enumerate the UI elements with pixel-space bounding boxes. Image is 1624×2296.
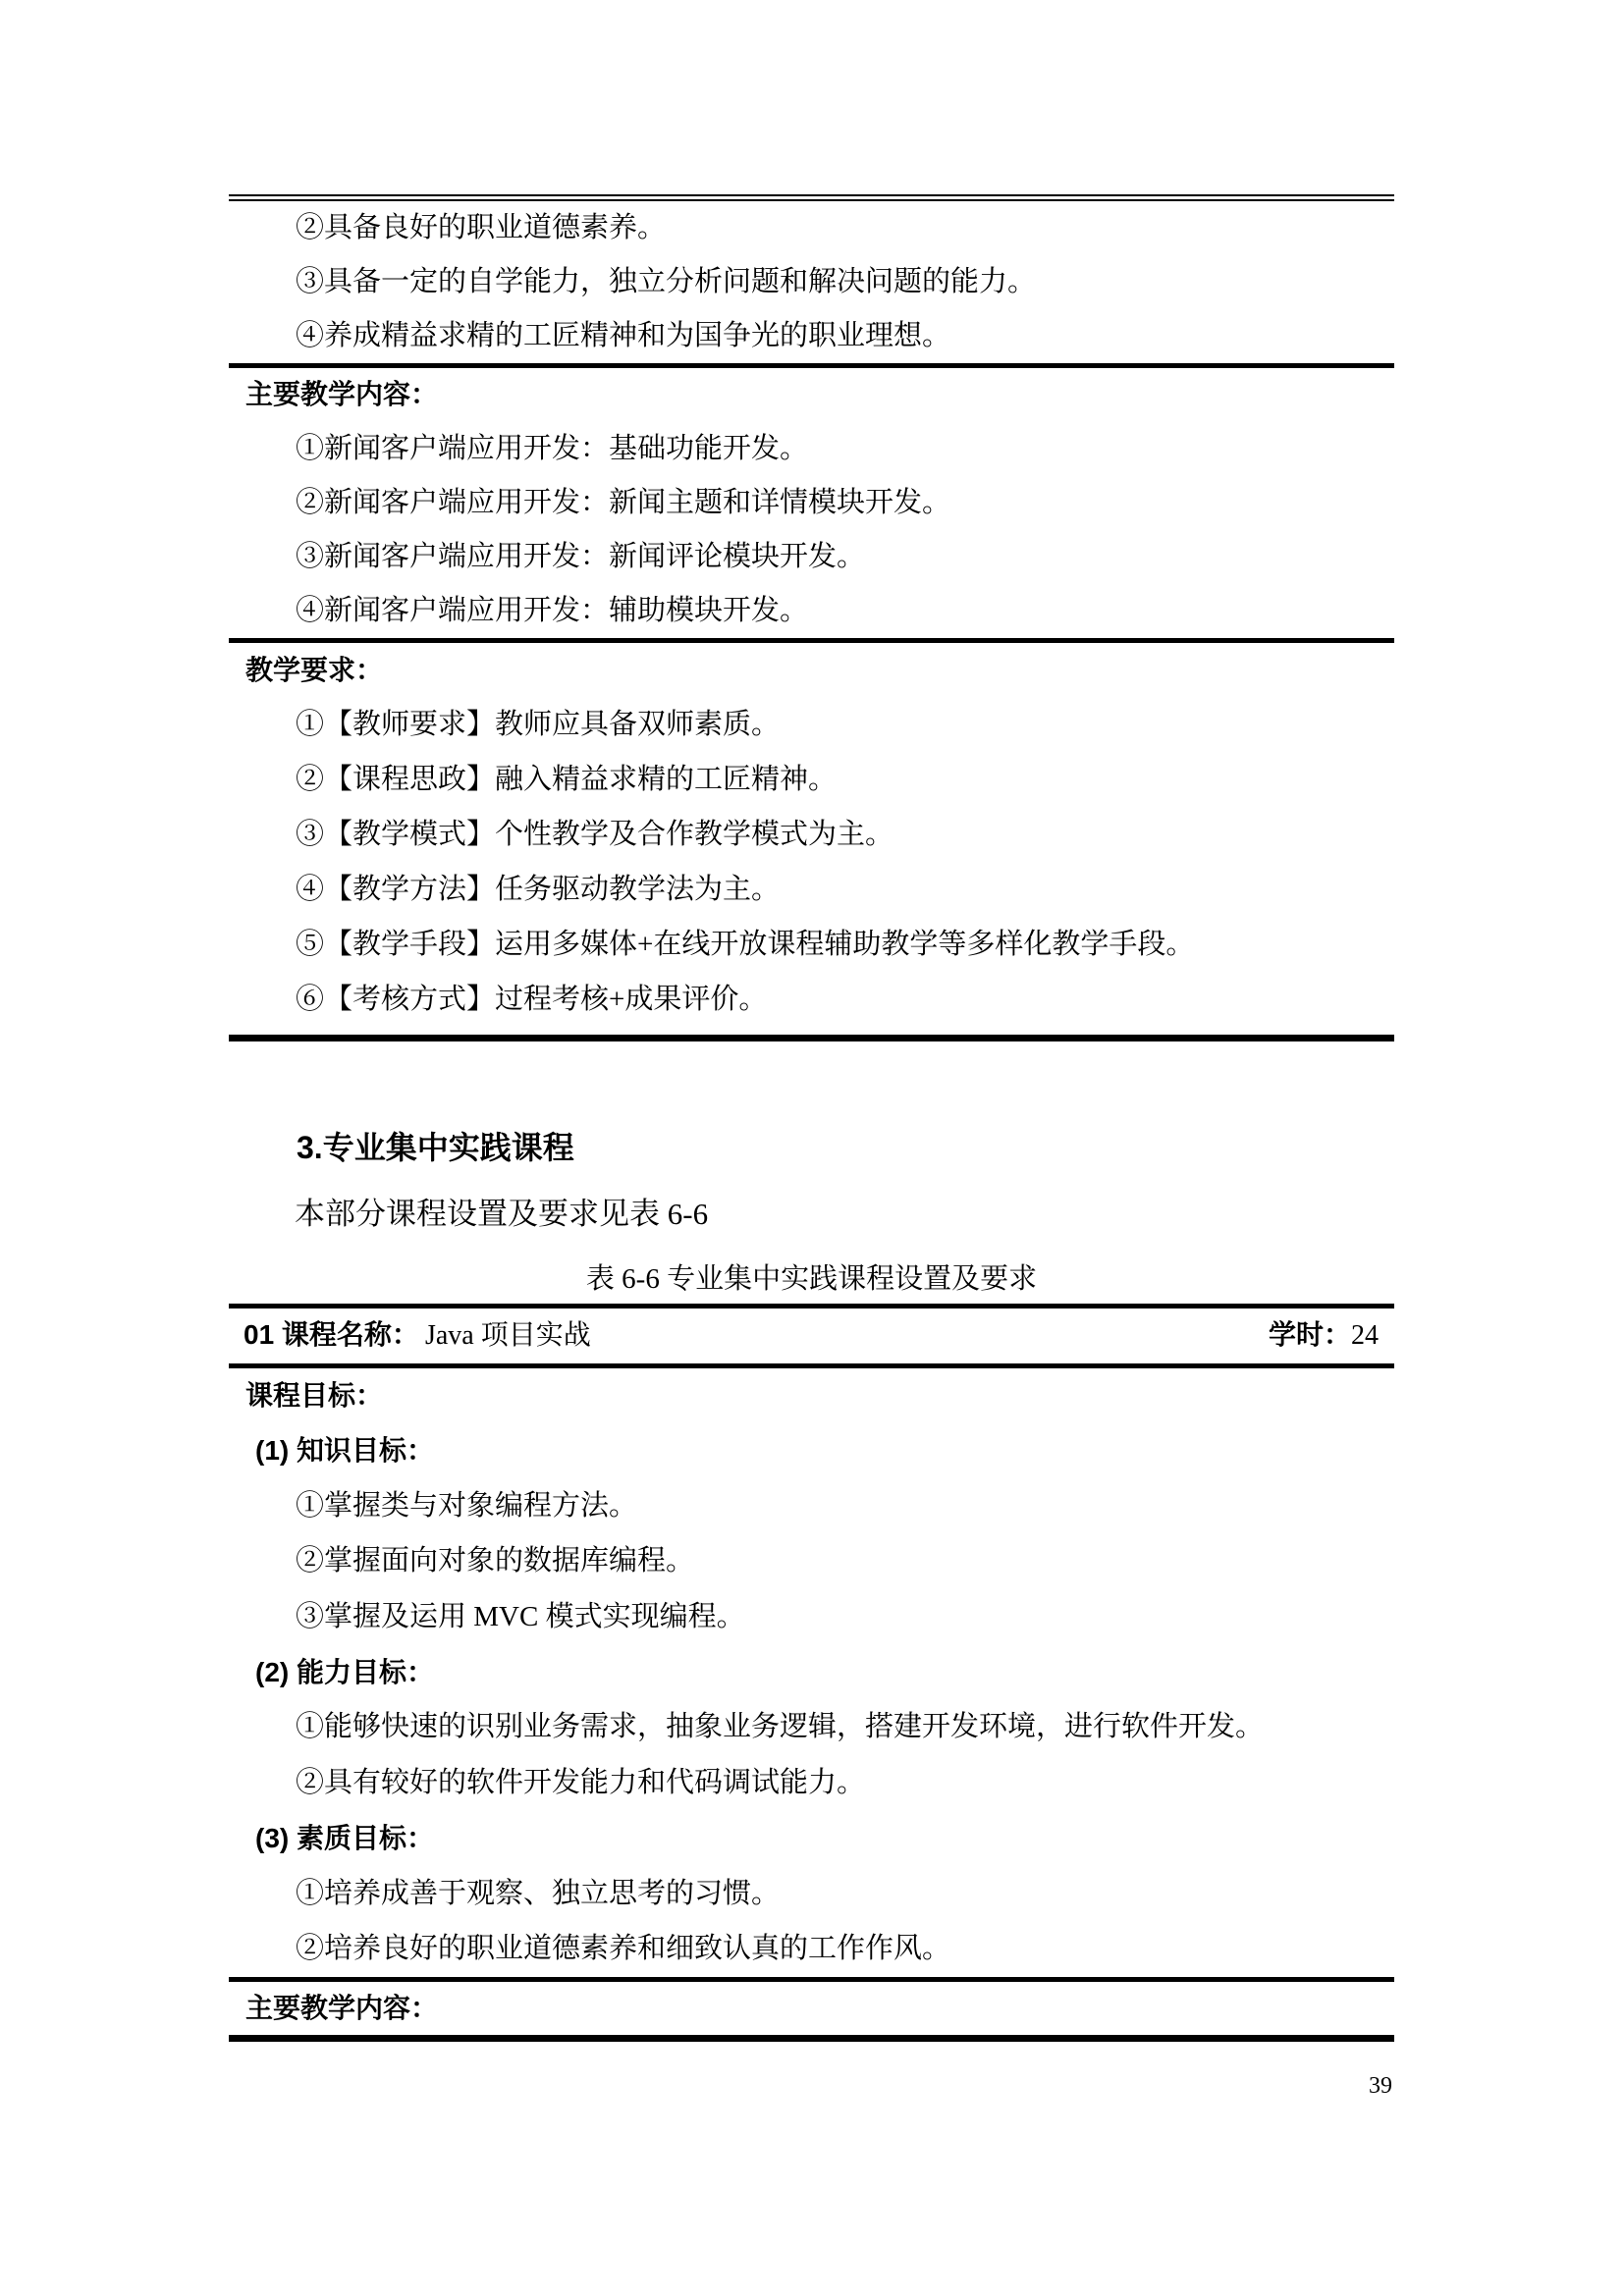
course-goals-header: 课程目标： [229, 1368, 1394, 1423]
section-intro: 本部分课程设置及要求见表 6-6 [229, 1189, 1394, 1233]
knowledge-goal-item: ③掌握及运用 MVC 模式实现编程。 [229, 1589, 1394, 1644]
quality-goals-header: (3) 素质目标： [229, 1811, 1394, 1866]
course-header-row: 01 课程名称：Java 项目实战 学时：24 [229, 1308, 1394, 1363]
course-table-6-6: 01 课程名称：Java 项目实战 学时：24 课程目标： (1) 知识目标： … [229, 1304, 1394, 2042]
goal-item: ③具备一定的自学能力，独立分析问题和解决问题的能力。 [229, 255, 1394, 309]
document-page: ②具备良好的职业道德素养。 ③具备一定的自学能力，独立分析问题和解决问题的能力。… [0, 0, 1624, 2296]
course-hours-cell: 学时：24 [1269, 1319, 1379, 1352]
teaching-requirement-item: ⑤【教学手段】运用多媒体+在线开放课程辅助教学等多样化教学手段。 [229, 918, 1394, 973]
main-content-item: ③新闻客户端应用开发：新闻评论模块开发。 [229, 530, 1394, 584]
course-name: Java 项目实战 [425, 1320, 591, 1351]
main-content-header: 主要教学内容： [229, 1982, 1394, 2035]
ability-goals-header: (2) 能力目标： [229, 1645, 1394, 1700]
teaching-requirement-item: ②【课程思政】融入精益求精的工匠精神。 [229, 753, 1394, 808]
course-name-cell: 01 课程名称：Java 项目实战 [244, 1319, 591, 1352]
ability-goal-item: ①能够快速的识别业务需求，抽象业务逻辑，搭建开发环境，进行软件开发。 [229, 1700, 1394, 1755]
main-content-item: ④新闻客户端应用开发：辅助模块开发。 [229, 584, 1394, 638]
goal-item: ④养成精益求精的工匠精神和为国争光的职业理想。 [229, 309, 1394, 363]
knowledge-goal-item: ②掌握面向对象的数据库编程。 [229, 1534, 1394, 1589]
teaching-requirement-item: ③【教学模式】个性教学及合作教学模式为主。 [229, 808, 1394, 863]
course-table-continued: ②具备良好的职业道德素养。 ③具备一定的自学能力，独立分析问题和解决问题的能力。… [229, 194, 1394, 1041]
main-content-header: 主要教学内容： [229, 368, 1394, 422]
quality-goal-item: ②培养良好的职业道德素养和细致认真的工作作风。 [229, 1922, 1394, 1977]
ability-goal-item: ②具有较好的软件开发能力和代码调试能力。 [229, 1755, 1394, 1810]
teaching-requirement-item: ④【教学方法】任务驱动教学法为主。 [229, 863, 1394, 918]
hours-value: 24 [1351, 1320, 1379, 1351]
knowledge-goal-item: ①掌握类与对象编程方法。 [229, 1478, 1394, 1533]
course-no-label: 01 课程名称： [244, 1319, 419, 1350]
teaching-requirement-item: ⑥【考核方式】过程考核+成果评价。 [229, 973, 1394, 1028]
quality-goal-item: ①培养成善于观察、独立思考的习惯。 [229, 1866, 1394, 1921]
table-caption: 表 6-6 专业集中实践课程设置及要求 [229, 1256, 1394, 1297]
knowledge-goals-header: (1) 知识目标： [229, 1423, 1394, 1478]
section-heading: 3.专业集中实践课程 [229, 1123, 1394, 1168]
main-content-item: ②新闻客户端应用开发：新闻主题和详情模块开发。 [229, 476, 1394, 530]
teaching-requirements-header: 教学要求： [229, 643, 1394, 698]
teaching-requirement-item: ①【教师要求】教师应具备双师素质。 [229, 698, 1394, 753]
hours-label: 学时： [1269, 1319, 1351, 1350]
main-content-item: ①新闻客户端应用开发：基础功能开发。 [229, 422, 1394, 476]
page-number: 39 [1369, 2073, 1392, 2100]
goal-item: ②具备良好的职业道德素养。 [229, 201, 1394, 255]
